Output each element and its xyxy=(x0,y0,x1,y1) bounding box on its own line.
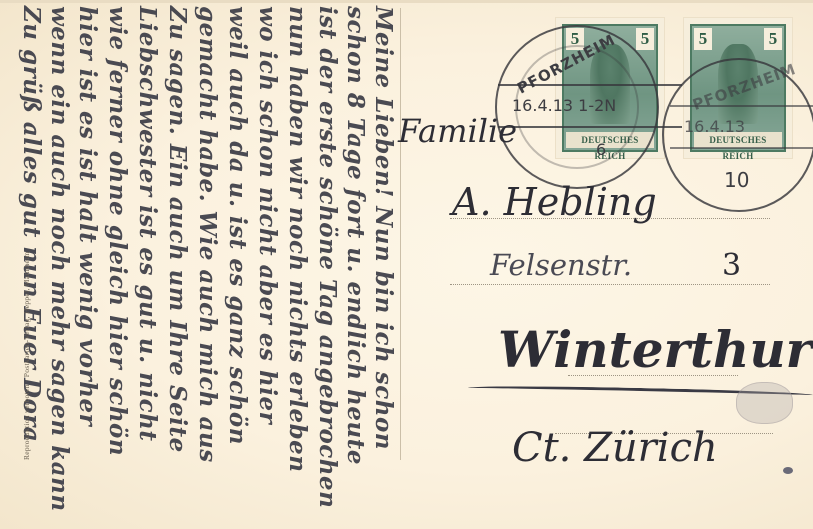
stamp-value: 5 xyxy=(636,28,654,50)
message-line: schon 8 Tage fort u. endlich heute xyxy=(340,0,370,529)
message-line: wenn ein auch noch mehr sagen kann xyxy=(44,0,74,529)
message-line: hier ist es ist halt wenig vorher xyxy=(72,0,102,529)
postmark-date: 16.4.13 1-2N xyxy=(498,84,682,128)
center-divider xyxy=(400,8,401,460)
stamp-value: 5 xyxy=(764,28,782,50)
message-line: wie ferner ohne gleich hier schön xyxy=(102,0,132,529)
message-line: Meine Lieben! Nun bin ich schon xyxy=(368,0,398,529)
ink-spot xyxy=(783,467,793,474)
address-rule xyxy=(450,284,770,285)
address-canton: Ct. Zürich xyxy=(512,425,718,471)
postmark-date: 16.4.13 xyxy=(670,105,813,149)
address-salutation: Familie xyxy=(398,112,517,150)
message-line: wo ich schon nicht aber es hier xyxy=(252,0,282,529)
message-line: weil auch da u. ist es ganz schön xyxy=(222,0,252,529)
water-stain xyxy=(736,382,793,424)
message-line: Zu sagen. Ein auch um Ihre Seite xyxy=(162,0,192,529)
address-house-number: 3 xyxy=(722,248,741,283)
publisher-imprint: Reproduktion verboten · Postkarten-Verla… xyxy=(22,230,32,460)
message-line: nun haben wir noch nichts erleben xyxy=(282,0,312,529)
message-line: gemacht habe. Wie auch mich aus xyxy=(192,0,222,529)
postcard-back: Meine Lieben! Nun bin ich schon schon 8 … xyxy=(0,0,813,529)
address-street: Felsenstr. xyxy=(490,248,632,282)
message-line: Liebschwester ist es gut u. nicht xyxy=(132,0,162,529)
message-line: ist der erste schöne Tag angebrochen xyxy=(312,0,342,529)
address-name: A. Hebling xyxy=(452,180,657,224)
stamp-value: 5 xyxy=(694,28,712,50)
address-city: Winterthur xyxy=(498,320,812,379)
postmark-code: 10 xyxy=(724,168,749,192)
postmark-code: 6 xyxy=(596,140,606,159)
